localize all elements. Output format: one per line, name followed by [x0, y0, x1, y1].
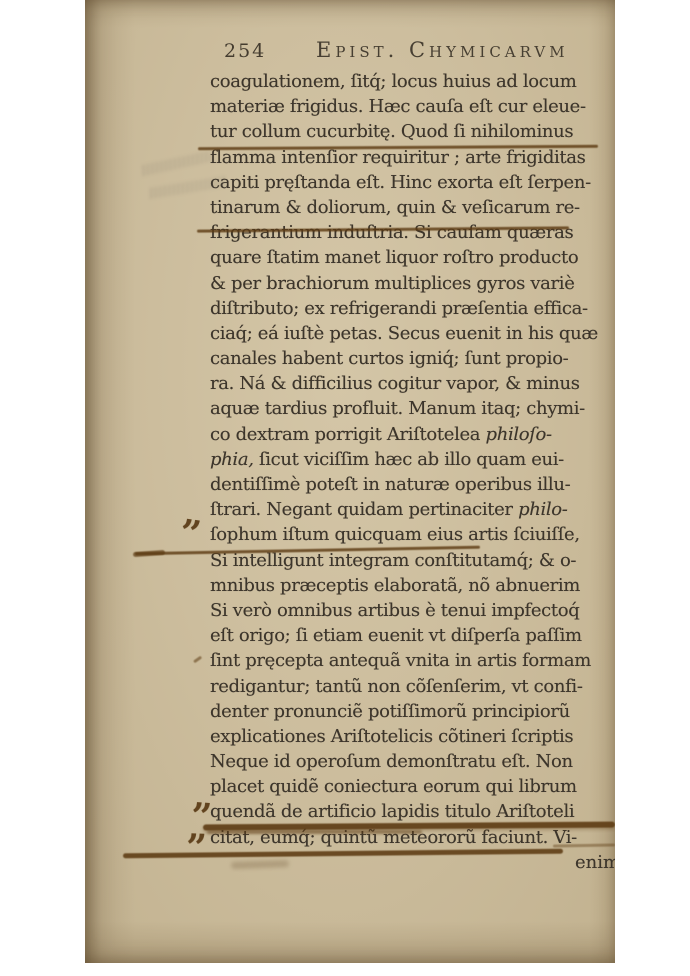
text-line: ciaq́; eá iuſtè petas. Secus euenit in h…	[210, 321, 615, 346]
text-line: quare ſtatim manet liquor roſtro product…	[210, 245, 615, 270]
text-line: canales habent curtos igniq́; ſunt propi…	[210, 346, 615, 371]
text-line: coagulationem, ſitq́; locus huius ad loc…	[210, 69, 615, 94]
show-through-writing-1	[140, 151, 213, 177]
text-line: mnibus præceptis elaboratã, nõ abnuerim	[210, 573, 615, 598]
text-line: ſtrari. Negant quidam pertinaciter philo…	[210, 497, 615, 522]
text-line: tur collum cucurbitę. Quod ſi nihilominu…	[210, 119, 615, 144]
text-line: dentiſſimè poteſt in naturæ operibus ill…	[210, 472, 615, 497]
ink-underline-line30-smear	[207, 830, 422, 834]
text-line: eſt origo; ſi etiam euenit vt diſperſa p…	[210, 623, 615, 648]
book-page-scan: 254 Epist. Chymicarvm coagulationem, ſit…	[85, 0, 615, 963]
page-header: 254 Epist. Chymicarvm	[85, 38, 615, 64]
catchword: enim	[575, 852, 615, 873]
text-line: Si verò omnibus artibus è tenui impfecto…	[210, 598, 615, 623]
text-line: redigantur; tantũ non cõſenſerim, vt con…	[210, 674, 615, 699]
text-line: phia, ſicut viciſſim hæc ab illo quam eu…	[210, 447, 615, 472]
text-line: materiæ frigidus. Hæc cauſa eſt cur eleu…	[210, 94, 615, 119]
text-line: ſint pręcepta antequã vnita in artis for…	[210, 648, 615, 673]
margin-quote-mark-3: ”	[185, 830, 209, 867]
text-line: diſtributo; ex refrigerandi præſentia ef…	[210, 296, 615, 321]
text-line: ſophum iſtum quicquam eius artis ſciuiſſ…	[210, 522, 615, 547]
text-line: & per brachiorum multiplices gyros variè	[210, 271, 615, 296]
text-line: co dextram porrigit Ariſtotelea philoſo-	[210, 422, 615, 447]
ink-underline-line19-blob	[133, 550, 165, 557]
text-line: capiti pręſtanda eſt. Hinc exorta eſt ſe…	[210, 170, 615, 195]
page-number: 254	[224, 40, 266, 62]
running-title: Epist. Chymicarvm	[316, 38, 569, 62]
ink-tick-mark	[193, 656, 202, 663]
text-line: frigerantium induſtria. Si cauſam quæras	[210, 220, 615, 245]
body-text: coagulationem, ſitq́; locus huius ad loc…	[210, 69, 615, 850]
text-line: Neque id operoſum demonſtratu eſt. Non	[210, 749, 615, 774]
text-line: denter pronunciẽ potiſſimorũ principiorũ	[210, 699, 615, 724]
faint-ink-smudge	[231, 860, 289, 869]
text-line: explicationes Ariſtotelicis cõtineri ſcr…	[210, 724, 615, 749]
text-line: tinarum & doliorum, quin & veſicarum re-	[210, 195, 615, 220]
text-line: quendã de artificio lapidis titulo Ariſt…	[210, 799, 615, 824]
text-line: ra. Ná & difficilius cogitur vapor, & mi…	[210, 371, 615, 396]
text-line: placet quidẽ coniectura eorum qui librum	[210, 774, 615, 799]
text-line: aquæ tardius profluit. Manum itaq; chymi…	[210, 396, 615, 421]
margin-quote-mark-1: ”	[178, 515, 206, 554]
